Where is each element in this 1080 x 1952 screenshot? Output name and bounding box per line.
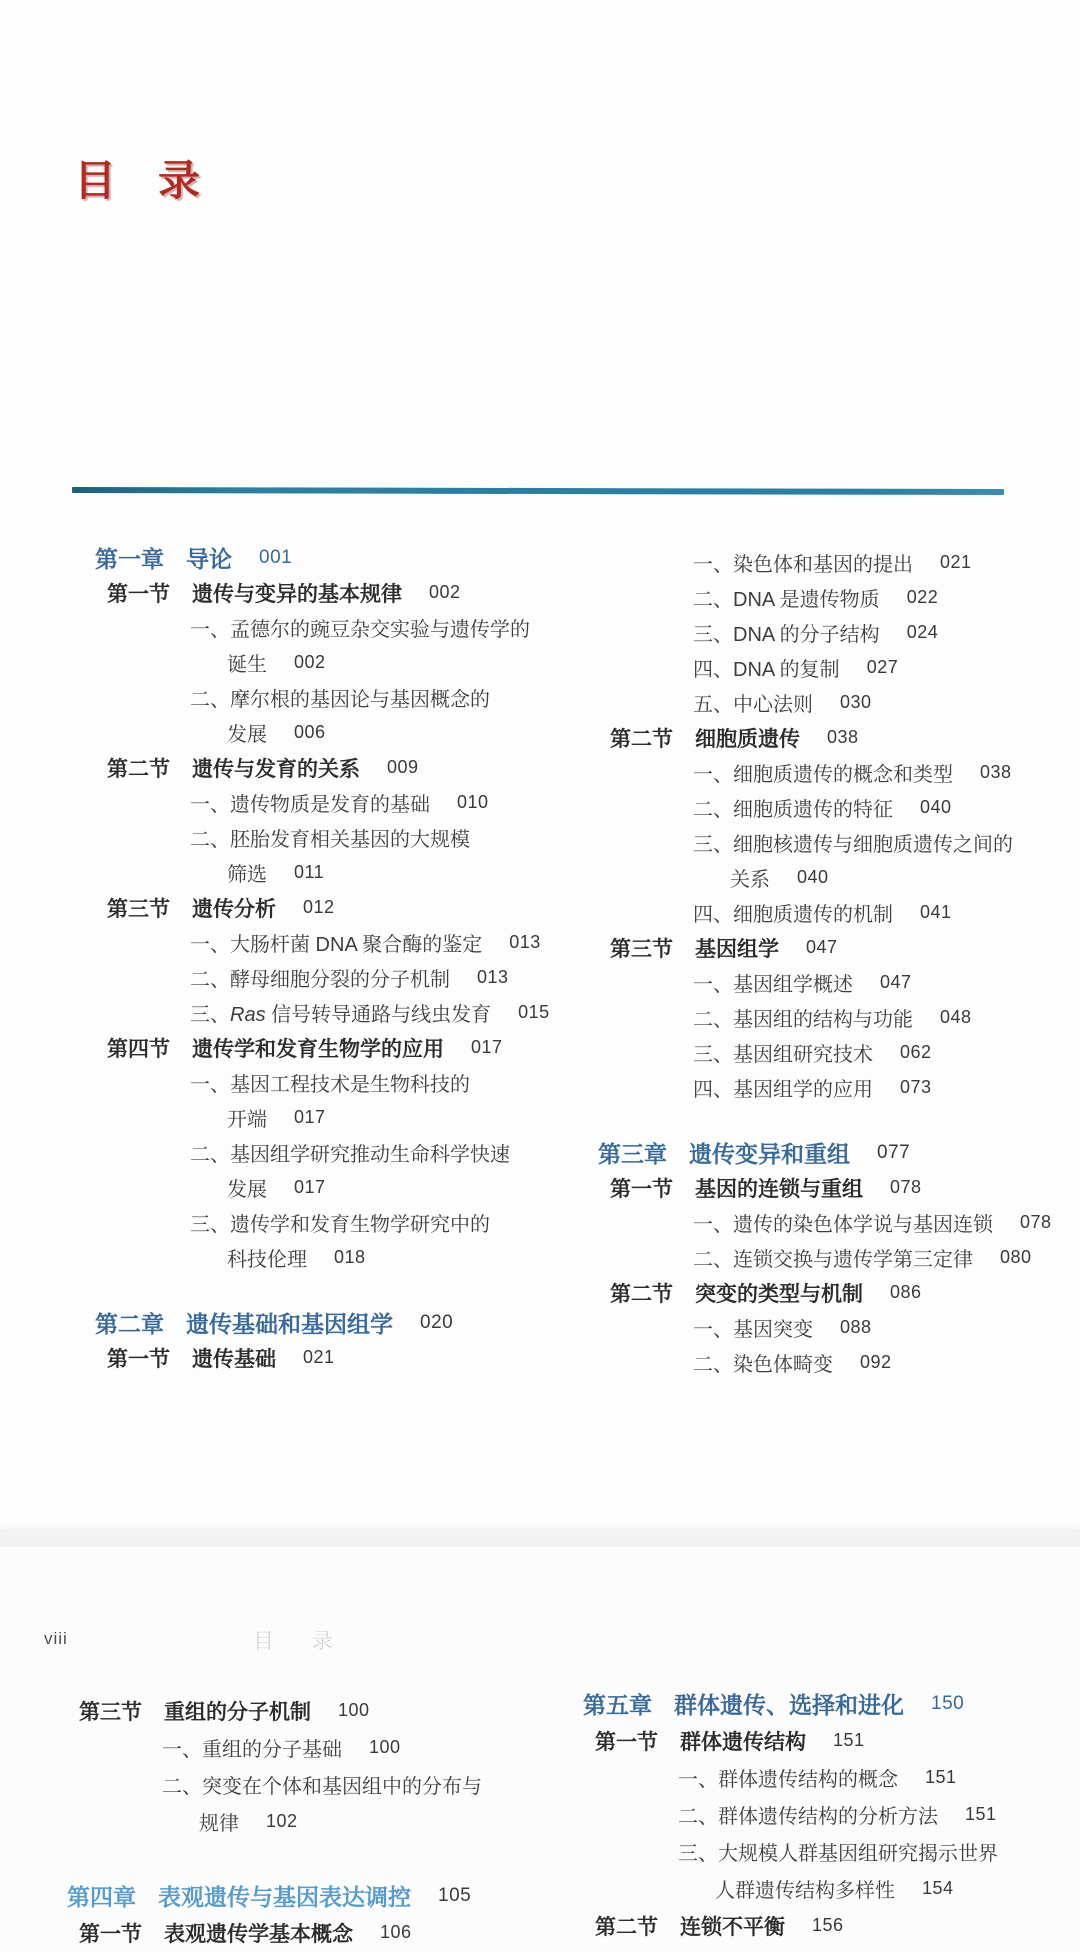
entry-page-number: 030 [840,692,872,713]
toc-chapter-row: 第五章群体遗传、选择和进化150 [583,1685,1075,1722]
entry-title: 群体遗传结构 [680,1726,806,1756]
entry-title: 遗传基础 [192,1343,276,1373]
toc-item-row: 三、遗传学和发育生物学研究中的 [95,1205,573,1240]
entry-page-number: 080 [1000,1247,1032,1268]
entry-title: 一、遗传的染色体学说与基因连锁 [693,1208,993,1237]
entry-page-number: 006 [294,722,326,743]
toc-item-row: 三、基因组研究技术062 [598,1035,1076,1070]
entry-label: 第一节 [79,1918,142,1948]
entry-title: 二、连锁交换与遗传学第三定律 [693,1243,973,1272]
entry-page-number: 062 [900,1042,932,1063]
toc-section-row: 第三节重组的分子机制100 [67,1692,557,1729]
entry-page-number: 017 [294,1107,326,1128]
entry-title: 表观遗传学基本概念 [164,1918,353,1948]
entry-label: 第一节 [107,578,170,608]
entry-page-number: 015 [518,1002,550,1023]
toc-item-row: 三、DNA 的分子结构024 [598,615,1076,650]
entry-title: 四、DNA 的复制 [693,653,840,682]
entry-title: 关系 [730,863,770,892]
page-2: viii 目 录 第三节重组的分子机制100一、重组的分子基础100二、突变在个… [0,1547,1080,1952]
entry-title: 遗传与变异的基本规律 [192,578,402,608]
entry-page-number: 009 [387,757,419,778]
entry-title: 三、基因组研究技术 [693,1038,873,1067]
entry-title: 开端 [227,1103,267,1132]
entry-page-number: 002 [429,582,461,603]
entry-label: 第三节 [610,933,673,963]
entry-page-number: 151 [925,1767,957,1788]
toc-section-row: 第二节细胞质遗传038 [598,720,1076,755]
toc-section-row: 第一节基因的连锁与重组078 [598,1170,1076,1205]
entry-label: 第二节 [610,723,673,753]
toc-section-row: 第一节遗传与变异的基本规律002 [95,575,573,610]
toc-item-row: 一、群体遗传结构的概念151 [583,1759,1075,1796]
entry-title: 二、酵母细胞分裂的分子机制 [190,963,450,992]
toc-cont-row: 规律102 [67,1803,557,1840]
entry-title: 一、群体遗传结构的概念 [678,1763,898,1792]
entry-page-number: 013 [509,932,541,953]
entry-title: 人群遗传结构多样性 [715,1874,895,1903]
entry-title: 基因组学 [695,933,779,963]
divider-line [72,487,1004,495]
toc-section-row: 第三节遗传分析012 [95,890,573,925]
page-separator-band [0,1529,1080,1547]
entry-title: 二、突变在个体和基因组中的分布与 [162,1770,482,1799]
toc-cont-row: 开端017 [95,1100,573,1135]
entry-title: 三、DNA 的分子结构 [693,618,880,647]
toc-page-title: 目 录 [74,148,200,208]
toc-item-row: 一、孟德尔的豌豆杂交实验与遗传学的 [95,610,573,645]
entry-title: 一、基因组学概述 [693,968,853,997]
entry-page-number: 105 [438,1885,471,1907]
entry-title: 重组的分子机制 [164,1696,311,1726]
entry-title: 一、遗传物质是发育的基础 [190,788,430,817]
column-page2-left: 第三节重组的分子机制100一、重组的分子基础100二、突变在个体和基因组中的分布… [67,1692,557,1951]
entry-page-number: 088 [840,1317,872,1338]
toc-item-row: 一、细胞质遗传的概念和类型038 [598,755,1076,790]
toc-cont-row: 筛选011 [95,855,573,890]
column-page2-right: 第五章群体遗传、选择和进化150第一节群体遗传结构151一、群体遗传结构的概念1… [583,1685,1075,1944]
entry-page-number: 021 [303,1347,335,1368]
entry-label: 第五章 [583,1687,652,1720]
entry-title: 一、重组的分子基础 [162,1733,342,1762]
entry-title: 三、细胞核遗传与细胞质遗传之间的 [693,828,1013,857]
entry-label: 第二节 [610,1278,673,1308]
toc-item-row: 一、遗传的染色体学说与基因连锁078 [598,1205,1076,1240]
toc-item-row: 三、Ras 信号转导通路与线虫发育015 [95,995,573,1030]
toc-item-row: 三、细胞核遗传与细胞质遗传之间的 [598,825,1076,860]
entry-title: 四、基因组学的应用 [693,1073,873,1102]
entry-label: 第三章 [598,1136,667,1169]
entry-title: 二、胚胎发育相关基因的大规模 [190,823,470,852]
entry-page-number: 024 [907,622,939,643]
toc-cont-row: 人群遗传结构多样性154 [583,1870,1075,1907]
entry-page-number: 154 [922,1878,954,1899]
entry-page-number: 047 [880,972,912,993]
entry-page-number: 038 [827,727,859,748]
entry-title: 一、细胞质遗传的概念和类型 [693,758,953,787]
toc-item-row: 二、群体遗传结构的分析方法151 [583,1796,1075,1833]
entry-title: 一、基因工程技术是生物科技的 [190,1068,470,1097]
entry-title: 三、Ras 信号转导通路与线虫发育 [190,998,491,1027]
toc-chapter-row: 第三章遗传变异和重组077 [598,1135,1076,1170]
toc-section-row: 第一节表观遗传学基本概念106 [67,1914,557,1951]
entry-page-number: 022 [907,587,939,608]
toc-item-row: 二、基因组学研究推动生命科学快速 [95,1135,573,1170]
toc-item-row: 二、基因组的结构与功能048 [598,1000,1076,1035]
entry-page-number: 047 [806,937,838,958]
entry-page-number: 018 [334,1247,366,1268]
entry-page-number: 100 [338,1700,370,1721]
entry-title: 规律 [199,1807,239,1836]
entry-page-number: 106 [380,1922,412,1943]
toc-section-row: 第一节遗传基础021 [95,1340,573,1375]
toc-cont-row: 关系040 [598,860,1076,895]
toc-item-row: 一、遗传物质是发育的基础010 [95,785,573,820]
entry-page-number: 102 [266,1811,298,1832]
toc-chapter-row: 第二章遗传基础和基因组学020 [95,1305,573,1340]
toc-item-row: 二、摩尔根的基因论与基因概念的 [95,680,573,715]
entry-title: 遗传分析 [192,893,276,923]
entry-title: 筛选 [227,858,267,887]
entry-page-number: 048 [940,1007,972,1028]
toc-section-row: 第一节群体遗传结构151 [583,1722,1075,1759]
toc-cont-row: 发展006 [95,715,573,750]
entry-page-number: 017 [471,1037,503,1058]
entry-title: 导论 [186,541,232,574]
entry-title: 遗传基础和基因组学 [186,1306,393,1339]
toc-cont-row: 诞生002 [95,645,573,680]
toc-section-row: 第四节遗传学和发育生物学的应用017 [95,1030,573,1065]
entry-title: 发展 [227,718,267,747]
entry-title: 基因的连锁与重组 [695,1173,863,1203]
column-page1-left: 第一章导论001第一节遗传与变异的基本规律002一、孟德尔的豌豆杂交实验与遗传学… [95,540,573,1375]
running-header-watermark: 目 录 [253,1625,349,1655]
entry-title: 二、细胞质遗传的特征 [693,793,893,822]
entry-page-number: 020 [420,1312,453,1334]
toc-section-row: 第二节突变的类型与机制086 [598,1275,1076,1310]
entry-title: 细胞质遗传 [695,723,800,753]
toc-item-row: 二、DNA 是遗传物质022 [598,580,1076,615]
entry-title: 三、遗传学和发育生物学研究中的 [190,1208,490,1237]
toc-section-row: 第二节连锁不平衡156 [583,1907,1075,1944]
entry-page-number: 002 [294,652,326,673]
entry-title: 一、大肠杆菌 DNA 聚合酶的鉴定 [190,928,482,957]
entry-label: 第四节 [107,1033,170,1063]
entry-page-number: 021 [940,552,972,573]
entry-label: 第一节 [610,1173,673,1203]
entry-page-number: 027 [867,657,899,678]
toc-item-row: 三、大规模人群基因组研究揭示世界 [583,1833,1075,1870]
entry-page-number: 013 [477,967,509,988]
entry-title: 二、基因组的结构与功能 [693,1003,913,1032]
entry-page-number: 012 [303,897,335,918]
entry-title: 表观遗传与基因表达调控 [158,1879,411,1912]
entry-page-number: 151 [833,1730,865,1751]
toc-item-row: 二、连锁交换与遗传学第三定律080 [598,1240,1076,1275]
toc-cont-row: 科技伦理018 [95,1240,573,1275]
entry-label: 第一节 [107,1343,170,1373]
entry-title: 诞生 [227,648,267,677]
toc-item-row: 二、细胞质遗传的特征040 [598,790,1076,825]
entry-title: 一、染色体和基因的提出 [693,548,913,577]
toc-item-row: 二、胚胎发育相关基因的大规模 [95,820,573,855]
toc-item-row: 一、基因组学概述047 [598,965,1076,1000]
toc-item-row: 一、基因突变088 [598,1310,1076,1345]
entry-title: 五、中心法则 [693,688,813,717]
entry-page-number: 017 [294,1177,326,1198]
entry-title: 二、摩尔根的基因论与基因概念的 [190,683,490,712]
entry-page-number: 156 [812,1915,844,1936]
toc-section-row: 第三节基因组学047 [598,930,1076,965]
entry-label: 第一章 [95,541,164,574]
entry-title-italic-term: Ras [230,1004,266,1026]
entry-title: 发展 [227,1173,267,1202]
toc-item-row: 一、重组的分子基础100 [67,1729,557,1766]
entry-page-number: 078 [890,1177,922,1198]
entry-title: 遗传变异和重组 [689,1136,850,1169]
entry-page-number: 151 [965,1804,997,1825]
entry-page-number: 077 [877,1142,910,1164]
entry-title: 一、孟德尔的豌豆杂交实验与遗传学的 [190,613,530,642]
toc-item-row: 二、染色体畸变092 [598,1345,1076,1380]
entry-page-number: 010 [457,792,489,813]
page-1: 目 录 第一章导论001第一节遗传与变异的基本规律002一、孟德尔的豌豆杂交实验… [0,0,1080,1529]
entry-page-number: 086 [890,1282,922,1303]
entry-title: 二、基因组学研究推动生命科学快速 [190,1138,510,1167]
entry-title: 四、细胞质遗传的机制 [693,898,893,927]
entry-title: 二、群体遗传结构的分析方法 [678,1800,938,1829]
toc-item-row: 四、DNA 的复制027 [598,650,1076,685]
toc-item-row: 五、中心法则030 [598,685,1076,720]
entry-title: 二、染色体畸变 [693,1348,833,1377]
toc-item-row: 一、大肠杆菌 DNA 聚合酶的鉴定013 [95,925,573,960]
folio-page-number: viii [44,1629,68,1649]
entry-title: 连锁不平衡 [680,1911,785,1941]
toc-chapter-row: 第四章表观遗传与基因表达调控105 [67,1877,557,1914]
entry-title: 遗传与发育的关系 [192,753,360,783]
entry-page-number: 038 [980,762,1012,783]
entry-title: 遗传学和发育生物学的应用 [192,1033,444,1063]
entry-title: 三、大规模人群基因组研究揭示世界 [678,1837,998,1866]
toc-item-row: 四、细胞质遗传的机制041 [598,895,1076,930]
entry-page-number: 040 [920,797,952,818]
toc-item-row: 四、基因组学的应用073 [598,1070,1076,1105]
entry-page-number: 092 [860,1352,892,1373]
entry-title: 一、基因突变 [693,1313,813,1342]
entry-title: 突变的类型与机制 [695,1278,863,1308]
entry-page-number: 073 [900,1077,932,1098]
toc-item-row: 二、酵母细胞分裂的分子机制013 [95,960,573,995]
toc-item-row: 二、突变在个体和基因组中的分布与 [67,1766,557,1803]
entry-label: 第二节 [107,753,170,783]
entry-page-number: 100 [369,1737,401,1758]
column-page1-right: 一、染色体和基因的提出021二、DNA 是遗传物质022三、DNA 的分子结构0… [598,545,1076,1380]
entry-page-number: 011 [294,862,324,883]
entry-label: 第二章 [95,1306,164,1339]
entry-label: 第二节 [595,1911,658,1941]
toc-item-row: 一、基因工程技术是生物科技的 [95,1065,573,1100]
toc-chapter-row: 第一章导论001 [95,540,573,575]
entry-page-number: 150 [931,1693,964,1715]
entry-page-number: 041 [920,902,952,923]
toc-item-row: 一、染色体和基因的提出021 [598,545,1076,580]
entry-page-number: 078 [1020,1212,1052,1233]
entry-label: 第一节 [595,1726,658,1756]
toc-section-row: 第二节遗传与发育的关系009 [95,750,573,785]
entry-page-number: 040 [797,867,829,888]
entry-label: 第四章 [67,1879,136,1912]
entry-title: 二、DNA 是遗传物质 [693,583,880,612]
entry-label: 第三节 [79,1696,142,1726]
entry-page-number: 001 [259,547,292,569]
entry-title: 群体遗传、选择和进化 [674,1687,904,1720]
entry-title: 科技伦理 [227,1243,307,1272]
entry-label: 第三节 [107,893,170,923]
toc-cont-row: 发展017 [95,1170,573,1205]
